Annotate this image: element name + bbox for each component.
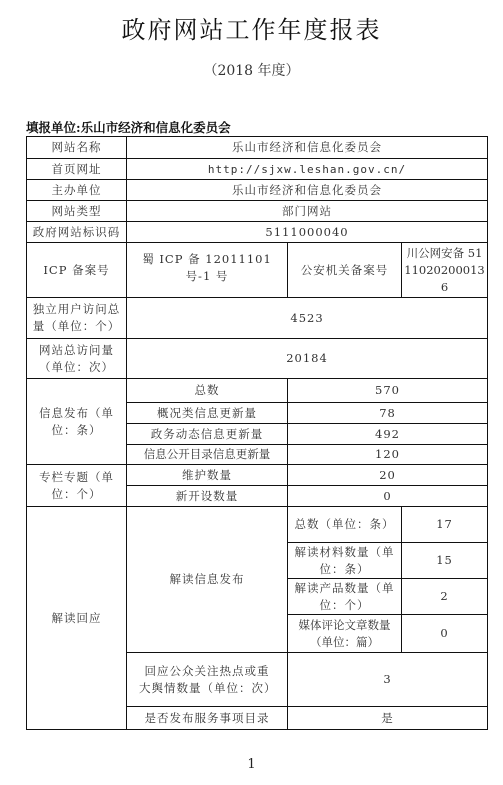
row-value: 0 xyxy=(402,615,488,653)
row-label: 网站总访问量（单位：次） xyxy=(27,339,127,379)
row-label: 维护数量 xyxy=(127,465,288,486)
section-label: 信息发布（单位：条） xyxy=(27,379,127,465)
row-label: 媒体评论文章数量（单位：篇） xyxy=(288,615,402,653)
hotspot-value: 3 xyxy=(288,653,488,707)
row-value: 17 xyxy=(402,507,488,543)
row-value: 15 xyxy=(402,543,488,579)
row-value: 0 xyxy=(288,486,488,507)
row-value: 492 xyxy=(288,424,488,445)
row-label: 主办单位 xyxy=(27,180,127,201)
table-row: 独立用户访问总量（单位：个） 4523 xyxy=(27,298,488,339)
row-label: 总数（单位：条） xyxy=(288,507,402,543)
section-label: 解读回应 xyxy=(27,507,127,730)
table-row: 网站总访问量（单位：次） 20184 xyxy=(27,339,488,379)
row-label: 政府网站标识码 xyxy=(27,222,127,243)
icp-value: 蜀 ICP 备 12011101 号-1 号 xyxy=(127,243,288,298)
row-value: 4523 xyxy=(127,298,488,339)
section-label: 专栏专题（单位：个） xyxy=(27,465,127,507)
police-record-value: 川公网安备 51110202000136 xyxy=(402,243,488,298)
row-label: 解读产品数量（单位：个） xyxy=(288,579,402,615)
table-row: 首页网址 http://sjxw.leshan.gov.cn/ xyxy=(27,159,488,180)
row-value: 部门网站 xyxy=(127,201,488,222)
row-value: 570 xyxy=(288,379,488,403)
row-label: 概况类信息更新量 xyxy=(127,403,288,424)
row-value: 5111000040 xyxy=(127,222,488,243)
row-value: 20 xyxy=(288,465,488,486)
row-value: 20184 xyxy=(127,339,488,379)
row-value: 乐山市经济和信息化委员会 xyxy=(127,137,488,159)
filler-unit: 填报单位:乐山市经济和信息化委员会 xyxy=(26,118,231,136)
row-value: 乐山市经济和信息化委员会 xyxy=(127,180,488,201)
row-label: 网站类型 xyxy=(27,201,127,222)
row-label: 总数 xyxy=(127,379,288,403)
row-label: 网站名称 xyxy=(27,137,127,159)
row-value: 120 xyxy=(288,445,488,465)
row-value: 是 xyxy=(288,707,488,730)
report-table: 网站名称 乐山市经济和信息化委员会 首页网址 http://sjxw.lesha… xyxy=(26,136,488,730)
page-title: 政府网站工作年度报表 xyxy=(0,10,503,45)
table-row: 政府网站标识码 5111000040 xyxy=(27,222,488,243)
homepage-url-link[interactable]: http://sjxw.leshan.gov.cn/ xyxy=(127,159,488,180)
row-label: 政务动态信息更新量 xyxy=(127,424,288,445)
row-label: ICP 备案号 xyxy=(27,243,127,298)
table-row: 网站类型 部门网站 xyxy=(27,201,488,222)
table-row: 信息发布（单位：条） 总数 570 xyxy=(27,379,488,403)
publish-label: 解读信息发布 xyxy=(127,507,288,653)
table-row: 专栏专题（单位：个） 维护数量 20 xyxy=(27,465,488,486)
row-label: 新开设数量 xyxy=(127,486,288,507)
row-label: 信息公开目录信息更新量 xyxy=(127,445,288,465)
row-label: 首页网址 xyxy=(27,159,127,180)
police-record-label: 公安机关备案号 xyxy=(288,243,402,298)
table-row: 主办单位 乐山市经济和信息化委员会 xyxy=(27,180,488,201)
row-label: 独立用户访问总量（单位：个） xyxy=(27,298,127,339)
report-year: （2018 年度） xyxy=(0,60,503,80)
row-label: 是否发布服务事项目录 xyxy=(127,707,288,730)
row-value: 2 xyxy=(402,579,488,615)
hotspot-label: 回应公众关注热点或重大舆情数量（单位：次） xyxy=(127,653,288,707)
page-number: 1 xyxy=(0,757,503,772)
table-row: ICP 备案号 蜀 ICP 备 12011101 号-1 号 公安机关备案号 川… xyxy=(27,243,488,298)
table-row: 网站名称 乐山市经济和信息化委员会 xyxy=(27,137,488,159)
table-row: 解读回应 解读信息发布 总数（单位：条） 17 xyxy=(27,507,488,543)
row-label: 解读材料数量（单位：条） xyxy=(288,543,402,579)
row-value: 78 xyxy=(288,403,488,424)
